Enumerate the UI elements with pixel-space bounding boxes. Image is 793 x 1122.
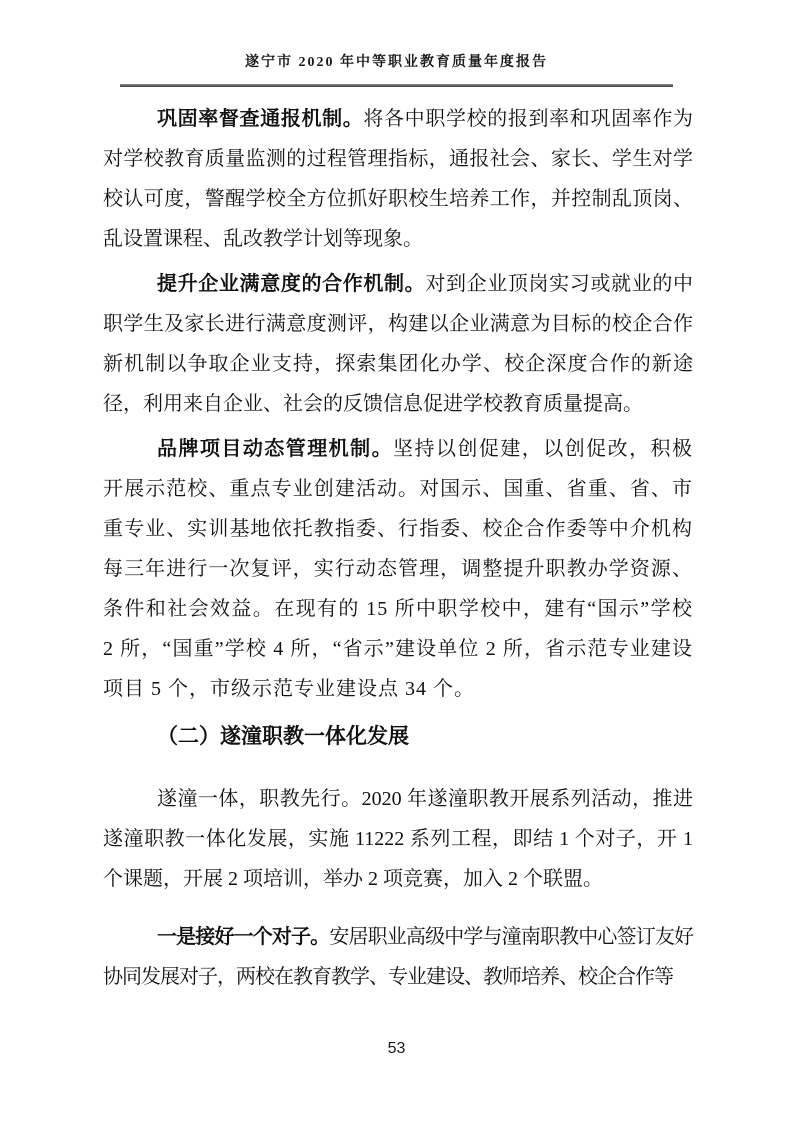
paragraph-lead: 品牌项目动态管理机制。 [157,438,393,460]
paragraph-lead: 提升企业满意度的合作机制。 [157,273,425,295]
document-page: 遂宁市 2020 年中等职业教育质量年度报告 巩固率督查通报机制。将各中职学校的… [0,0,793,1122]
paragraph-block: 提升企业满意度的合作机制。对到企业顶岗实习或就业的中职学生及家长进行满意度测评，… [103,264,693,424]
paragraph-text: 坚持以创促建，以创促改，积极开展示范校、重点专业创建活动。对国示、国重、省重、省… [103,438,693,700]
paragraph-block: 一是接好一个对子。安居职业高级中学与潼南职教中心签订友好协同发展对子，两校在教育… [103,917,693,997]
paragraph: 品牌项目动态管理机制。坚持以创促建，以创促改，积极开展示范校、重点专业创建活动。… [103,429,693,709]
paragraph: 遂潼一体，职教先行。2020 年遂潼职教开展系列活动，推进遂潼职教一体化发展，实… [103,779,693,899]
header-divider [120,84,673,87]
paragraph-block: 巩固率督查通报机制。将各中职学校的报到率和巩固率作为对学校教育质量监测的过程管理… [103,99,693,259]
page-footer: 53 [0,1040,793,1058]
paragraph: 巩固率督查通报机制。将各中职学校的报到率和巩固率作为对学校教育质量监测的过程管理… [103,99,693,259]
page-number: 53 [388,1040,406,1057]
paragraph-block: 遂潼一体，职教先行。2020 年遂潼职教开展系列活动，推进遂潼职教一体化发展，实… [103,779,693,899]
paragraph-lead: 巩固率督查通报机制。 [157,108,363,130]
paragraph-lead: 一是接好一个对子。 [157,926,329,948]
paragraph-block: 品牌项目动态管理机制。坚持以创促建，以创促改，积极开展示范校、重点专业创建活动。… [103,429,693,709]
paragraph-text: 遂潼一体，职教先行。2020 年遂潼职教开展系列活动，推进遂潼职教一体化发展，实… [103,788,693,890]
paragraph: 提升企业满意度的合作机制。对到企业顶岗实习或就业的中职学生及家长进行满意度测评，… [103,264,693,424]
section-heading: （二）遂潼职教一体化发展 [103,717,693,757]
header-title: 遂宁市 2020 年中等职业教育质量年度报告 [0,51,793,71]
paragraph: 一是接好一个对子。安居职业高级中学与潼南职教中心签订友好协同发展对子，两校在教育… [103,917,693,997]
